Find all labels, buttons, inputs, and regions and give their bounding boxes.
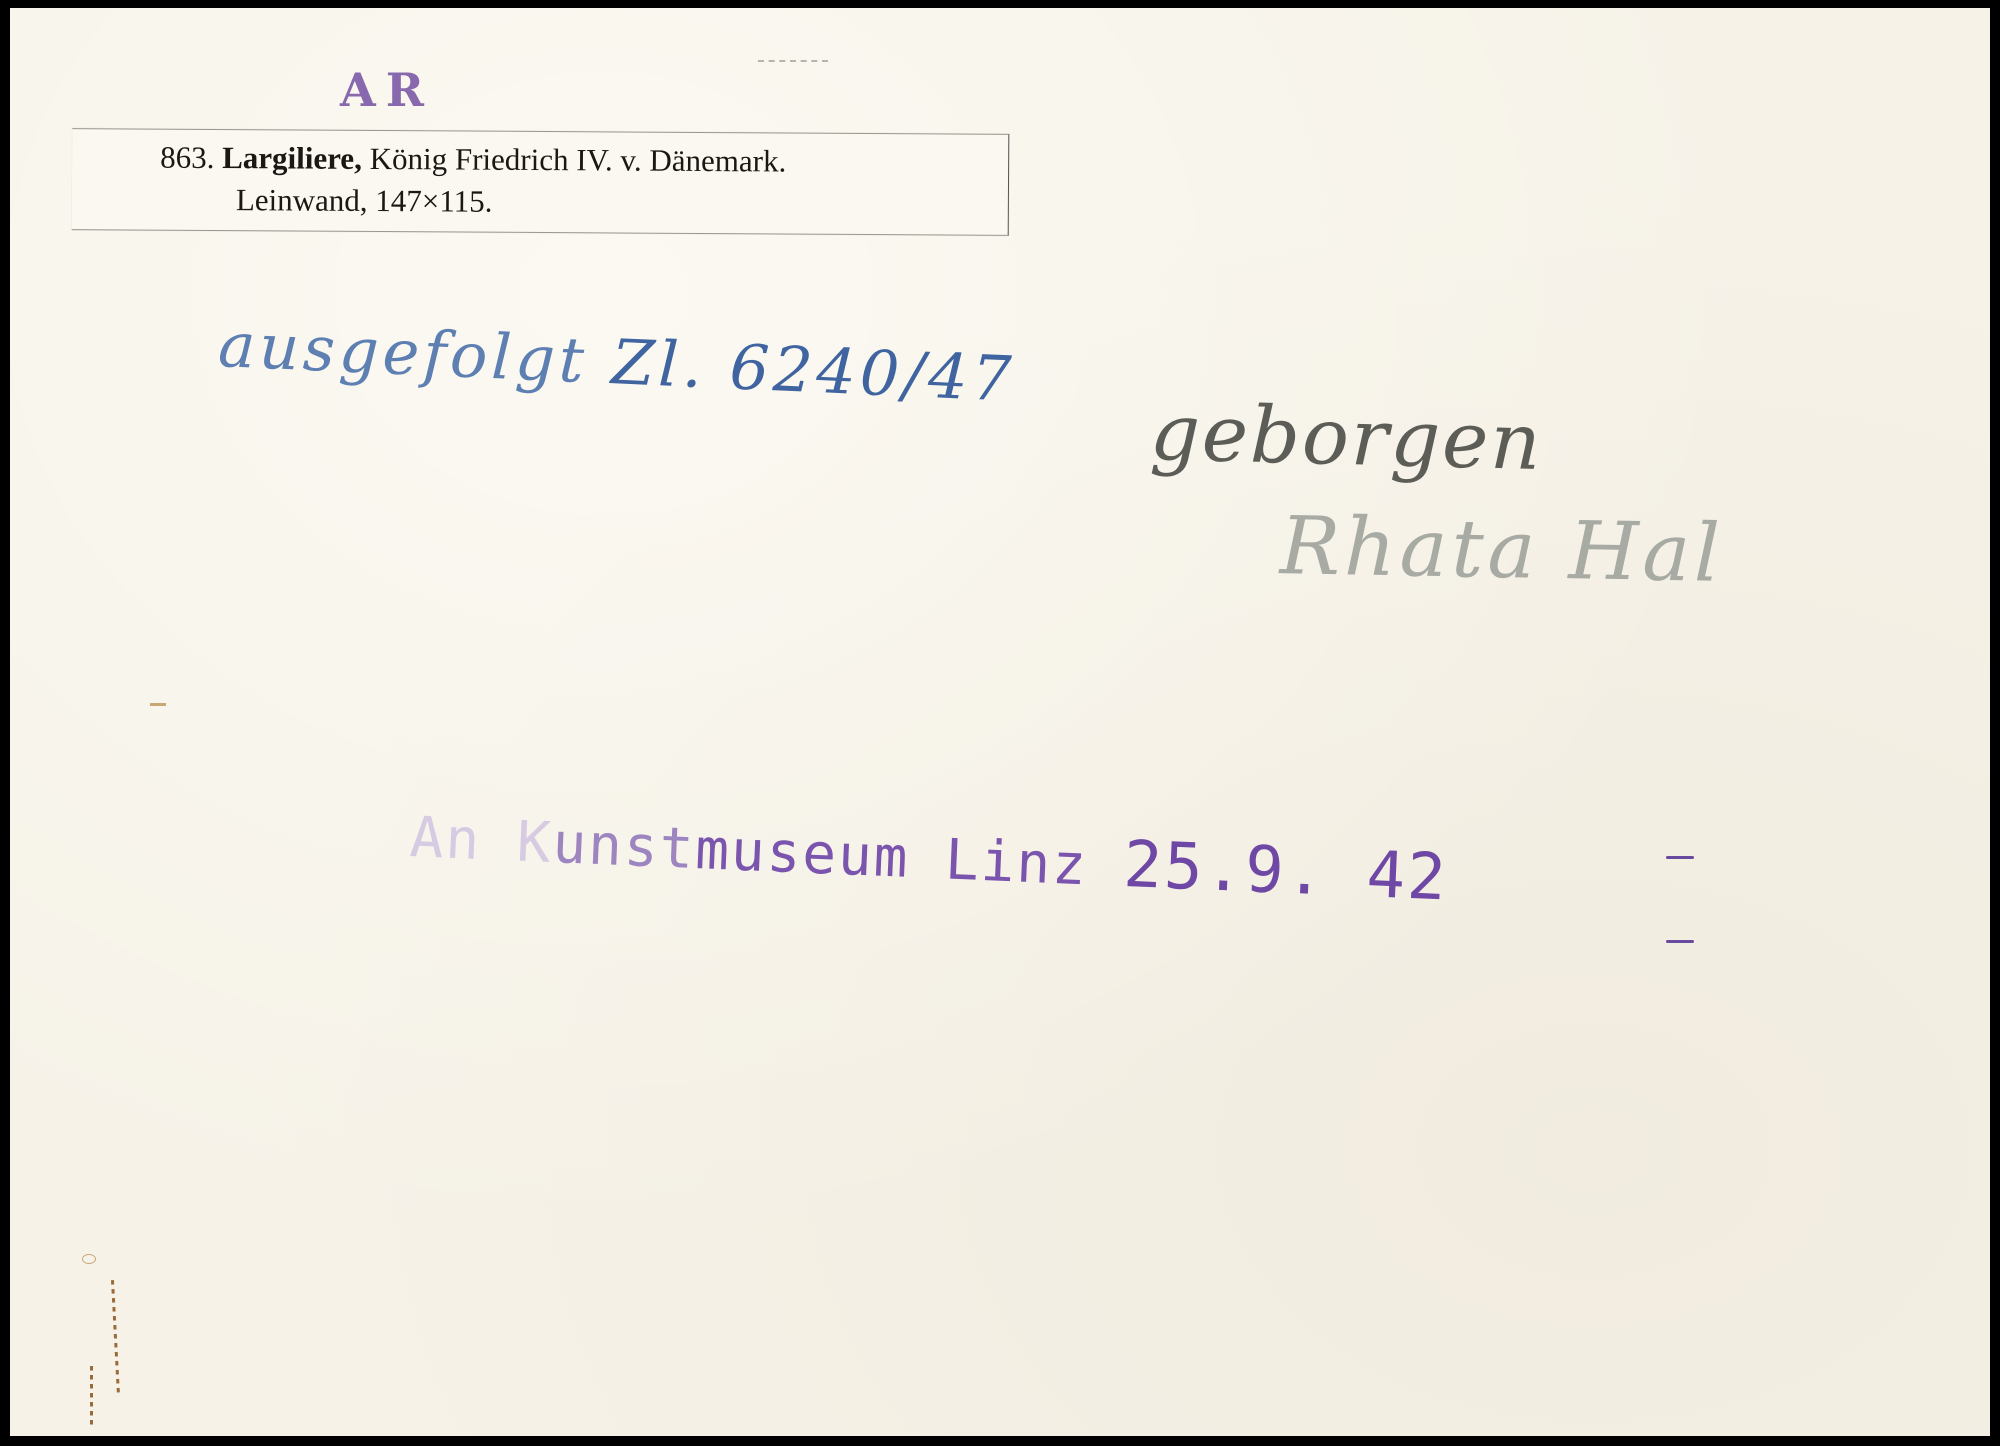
label-line-1: 863. Largiliere, König Friedrich IV. v. … bbox=[160, 140, 786, 180]
stamp-prefix-mid: unst bbox=[551, 811, 696, 882]
pencil-annotation-1: geborgen bbox=[1149, 388, 1544, 488]
purple-tick-mark bbox=[1666, 856, 1694, 859]
stamp-city: Linz bbox=[944, 827, 1089, 898]
artwork-title: König Friedrich IV. v. Dänemark. bbox=[370, 141, 787, 179]
paper-mark bbox=[82, 1254, 96, 1264]
purple-tick-mark bbox=[1666, 940, 1694, 943]
brown-dotted-mark bbox=[111, 1280, 120, 1396]
paper-mark bbox=[150, 703, 166, 706]
stamp-prefix-faint: An K bbox=[409, 805, 554, 876]
linz-museum-stamp: An Kunstmuseum Linz 25.9. 42 bbox=[408, 798, 1449, 915]
catalog-label: 863. Largiliere, König Friedrich IV. v. … bbox=[72, 128, 1010, 236]
artist-name: Largiliere, bbox=[222, 140, 362, 176]
ar-stamp: AR bbox=[340, 63, 434, 117]
label-line-2: Leinwand, 147×115. bbox=[236, 182, 493, 220]
stamp-museum: museum bbox=[694, 817, 911, 891]
annotation-word: ausgefolgt bbox=[217, 308, 590, 397]
annotation-reference: Zl. 6240/47 bbox=[610, 325, 1017, 416]
blue-ink-annotation: ausgefolgt Zl. 6240/47 bbox=[217, 308, 1017, 416]
pencil-smudge bbox=[758, 60, 828, 62]
stamp-date: 25.9. 42 bbox=[1122, 828, 1449, 916]
brown-dotted-mark bbox=[90, 1366, 93, 1428]
archive-card: AR 863. Largiliere, König Friedrich IV. … bbox=[10, 8, 1990, 1436]
catalog-number: 863. bbox=[160, 140, 214, 175]
pencil-annotation-2: Rhata Hal bbox=[1279, 499, 1724, 600]
